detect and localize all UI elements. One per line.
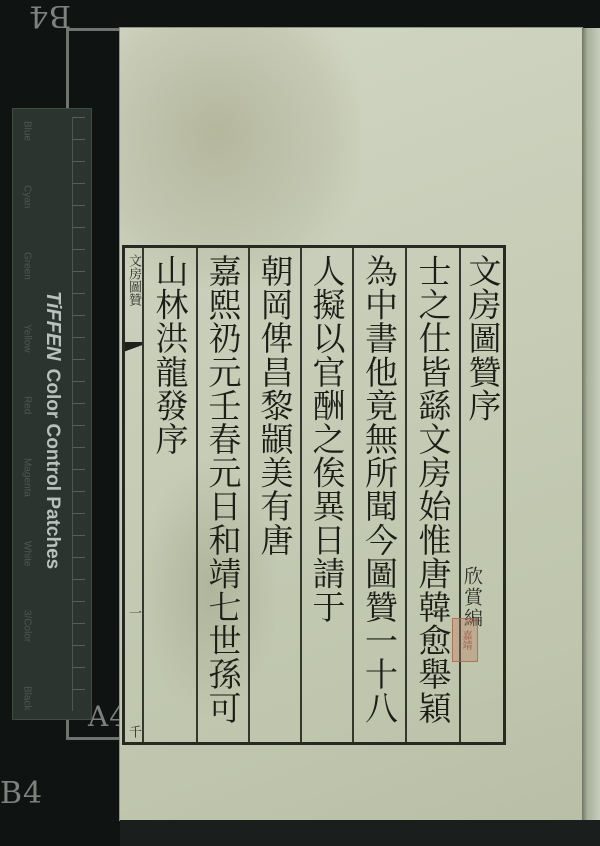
column-text: 人擬以官酬之俟異日請于 xyxy=(311,248,344,624)
text-column-2: 士之仕皆繇文房始惟唐韓愈舉穎 xyxy=(407,248,459,742)
patch-label: Magenta xyxy=(22,458,33,497)
fold-margin: 文房圖贊 一 千 xyxy=(125,248,142,742)
page-edge xyxy=(582,28,600,820)
patch-label: Red xyxy=(22,396,33,414)
red-seal: 嘉靖 xyxy=(452,618,478,662)
column-text: 朝岡俾昌黎顓美有唐 xyxy=(259,248,292,556)
text-column-6: 嘉熙礽元壬春元日和靖七世孫可 xyxy=(198,248,248,742)
patch-label: Blue xyxy=(22,121,33,141)
patch-label: Green xyxy=(22,252,33,280)
scan-bottom-strip xyxy=(120,820,600,846)
fold-title: 文房圖贊 xyxy=(127,254,140,306)
text-column-7: 山林洪龍發序 xyxy=(144,248,196,742)
fish-tail-mark xyxy=(125,342,143,356)
patch-label: Yellow xyxy=(22,324,33,353)
column-text: 嘉熙礽元壬春元日和靖七世孫可 xyxy=(207,248,240,724)
size-label-b4-top: B4 xyxy=(28,0,71,33)
page-title: 文房圖贊序 xyxy=(467,248,500,422)
column-text: 為中書他竟無所聞今圖贊一十八 xyxy=(363,248,396,724)
color-chart-caption: Color Control Patches xyxy=(42,369,63,570)
text-column-4: 人擬以官酬之俟異日請于 xyxy=(302,248,352,742)
text-column-3: 為中書他竟無所聞今圖贊一十八 xyxy=(354,248,405,742)
ruler-ticks xyxy=(72,117,85,711)
patch-label: White xyxy=(22,541,33,567)
size-label-b4-bottom: B4 xyxy=(0,776,43,811)
printed-frame: 文房圖贊 一 千 山林洪龍發序 嘉熙礽元壬春元日和靖七世孫可 朝岡俾昌黎顓美有唐… xyxy=(122,245,506,745)
text-column-1-title: 文房圖贊序 xyxy=(461,248,505,742)
patch-label: 3/Color xyxy=(22,610,33,642)
tiffen-logo: TiFFEN xyxy=(42,291,64,361)
column-text: 士之仕皆繇文房始惟唐韓愈舉穎 xyxy=(417,248,450,724)
patch-label: Black xyxy=(22,686,33,710)
leaf-number: 一 xyxy=(127,606,140,619)
patch-label: Cyan xyxy=(22,185,33,208)
column-text: 山林洪龍發序 xyxy=(154,248,187,456)
color-chart-title: TiFFENColor Control Patches xyxy=(41,291,64,569)
patch-labels: Blue Cyan Green Yellow Red Magenta White… xyxy=(15,121,39,711)
fold-bottom-mark: 千 xyxy=(127,725,140,738)
color-control-strip: Blue Cyan Green Yellow Red Magenta White… xyxy=(12,108,92,720)
text-column-5: 朝岡俾昌黎顓美有唐 xyxy=(250,248,300,742)
